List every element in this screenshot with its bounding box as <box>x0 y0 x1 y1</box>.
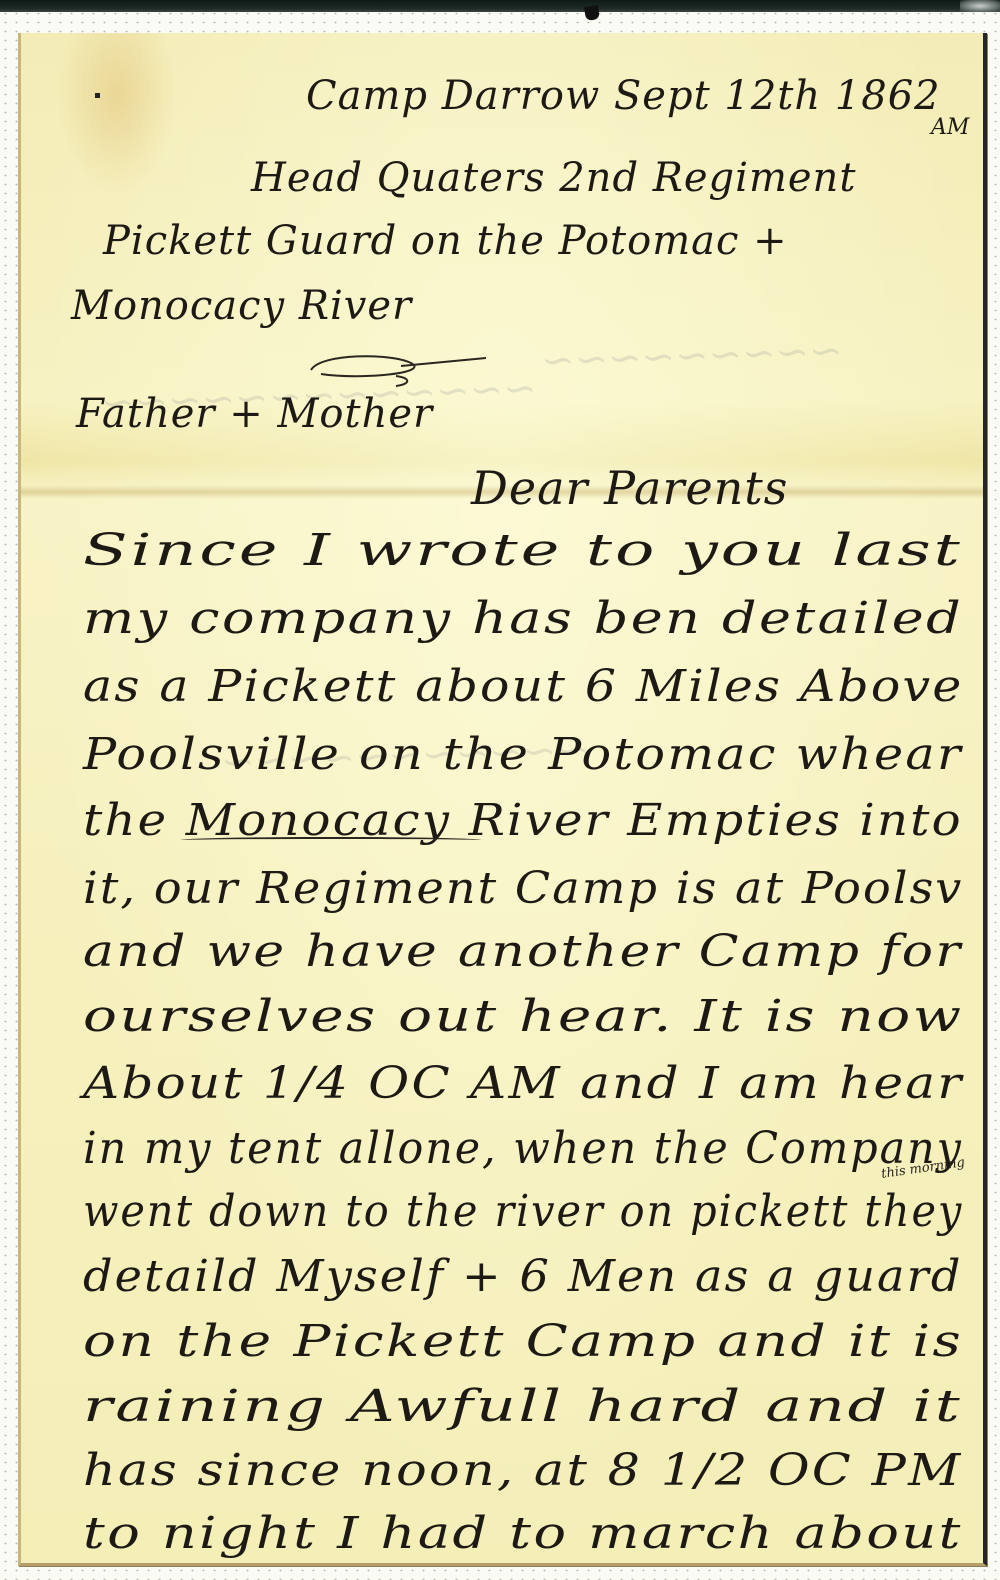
place-date-text: Camp Darrow Sept 12th 1862 <box>306 73 941 119</box>
heading-pickett-guard: Pickett Guard on the Potomac + <box>103 218 788 264</box>
bleed-through-mark: ~~~~~~~~~ <box>540 328 843 384</box>
body-line: detaild Myself + 6 Men as a guard <box>83 1251 962 1302</box>
body-line: went down to the river on pickett they <box>83 1186 963 1237</box>
body-line: raining Awfull hard and it <box>83 1381 963 1432</box>
salutation-address: Father + Mother <box>76 391 433 437</box>
body-line: Since I wrote to you last <box>83 525 963 576</box>
heading-river: Monocacy River <box>71 283 412 329</box>
body-line: on the Pickett Camp and it is <box>83 1316 963 1367</box>
body-line: has since noon, at 8 1/2 OC PM <box>83 1445 962 1496</box>
underline-mark <box>181 837 481 843</box>
heading-place-date: Camp Darrow Sept 12th 1862 <box>306 73 941 119</box>
body-line: About 1/4 OC AM and I am hear <box>83 1058 964 1109</box>
body-line: as a Pickett about 6 Miles Above <box>83 661 963 712</box>
letter-page: ~~~~~~~~~ ~~~~~~~~~~~~~ ~~~~~~~~~~~ Camp… <box>18 33 987 1566</box>
body-line: it, our Regiment Camp is at Poolsv <box>83 863 963 914</box>
body-line: and we have another Camp for <box>83 926 963 977</box>
flourish-ornament <box>301 348 491 388</box>
scanner-clip <box>584 5 600 21</box>
salutation-greeting: Dear Parents <box>471 461 788 515</box>
heading-regiment: Head Quaters 2nd Regiment <box>251 155 856 201</box>
body-line: ourselves out hear. It is now <box>83 991 964 1042</box>
ink-speck <box>95 93 100 98</box>
scanner-top-edge <box>0 0 1000 12</box>
heading-time: AM <box>931 115 969 140</box>
body-line: in my tent allone, when the Company <box>83 1123 963 1174</box>
body-line: to night I had to march about <box>83 1508 963 1559</box>
body-line: my company has ben detailed <box>83 593 963 644</box>
body-line: Poolsville on the Potomac whear <box>83 729 963 780</box>
